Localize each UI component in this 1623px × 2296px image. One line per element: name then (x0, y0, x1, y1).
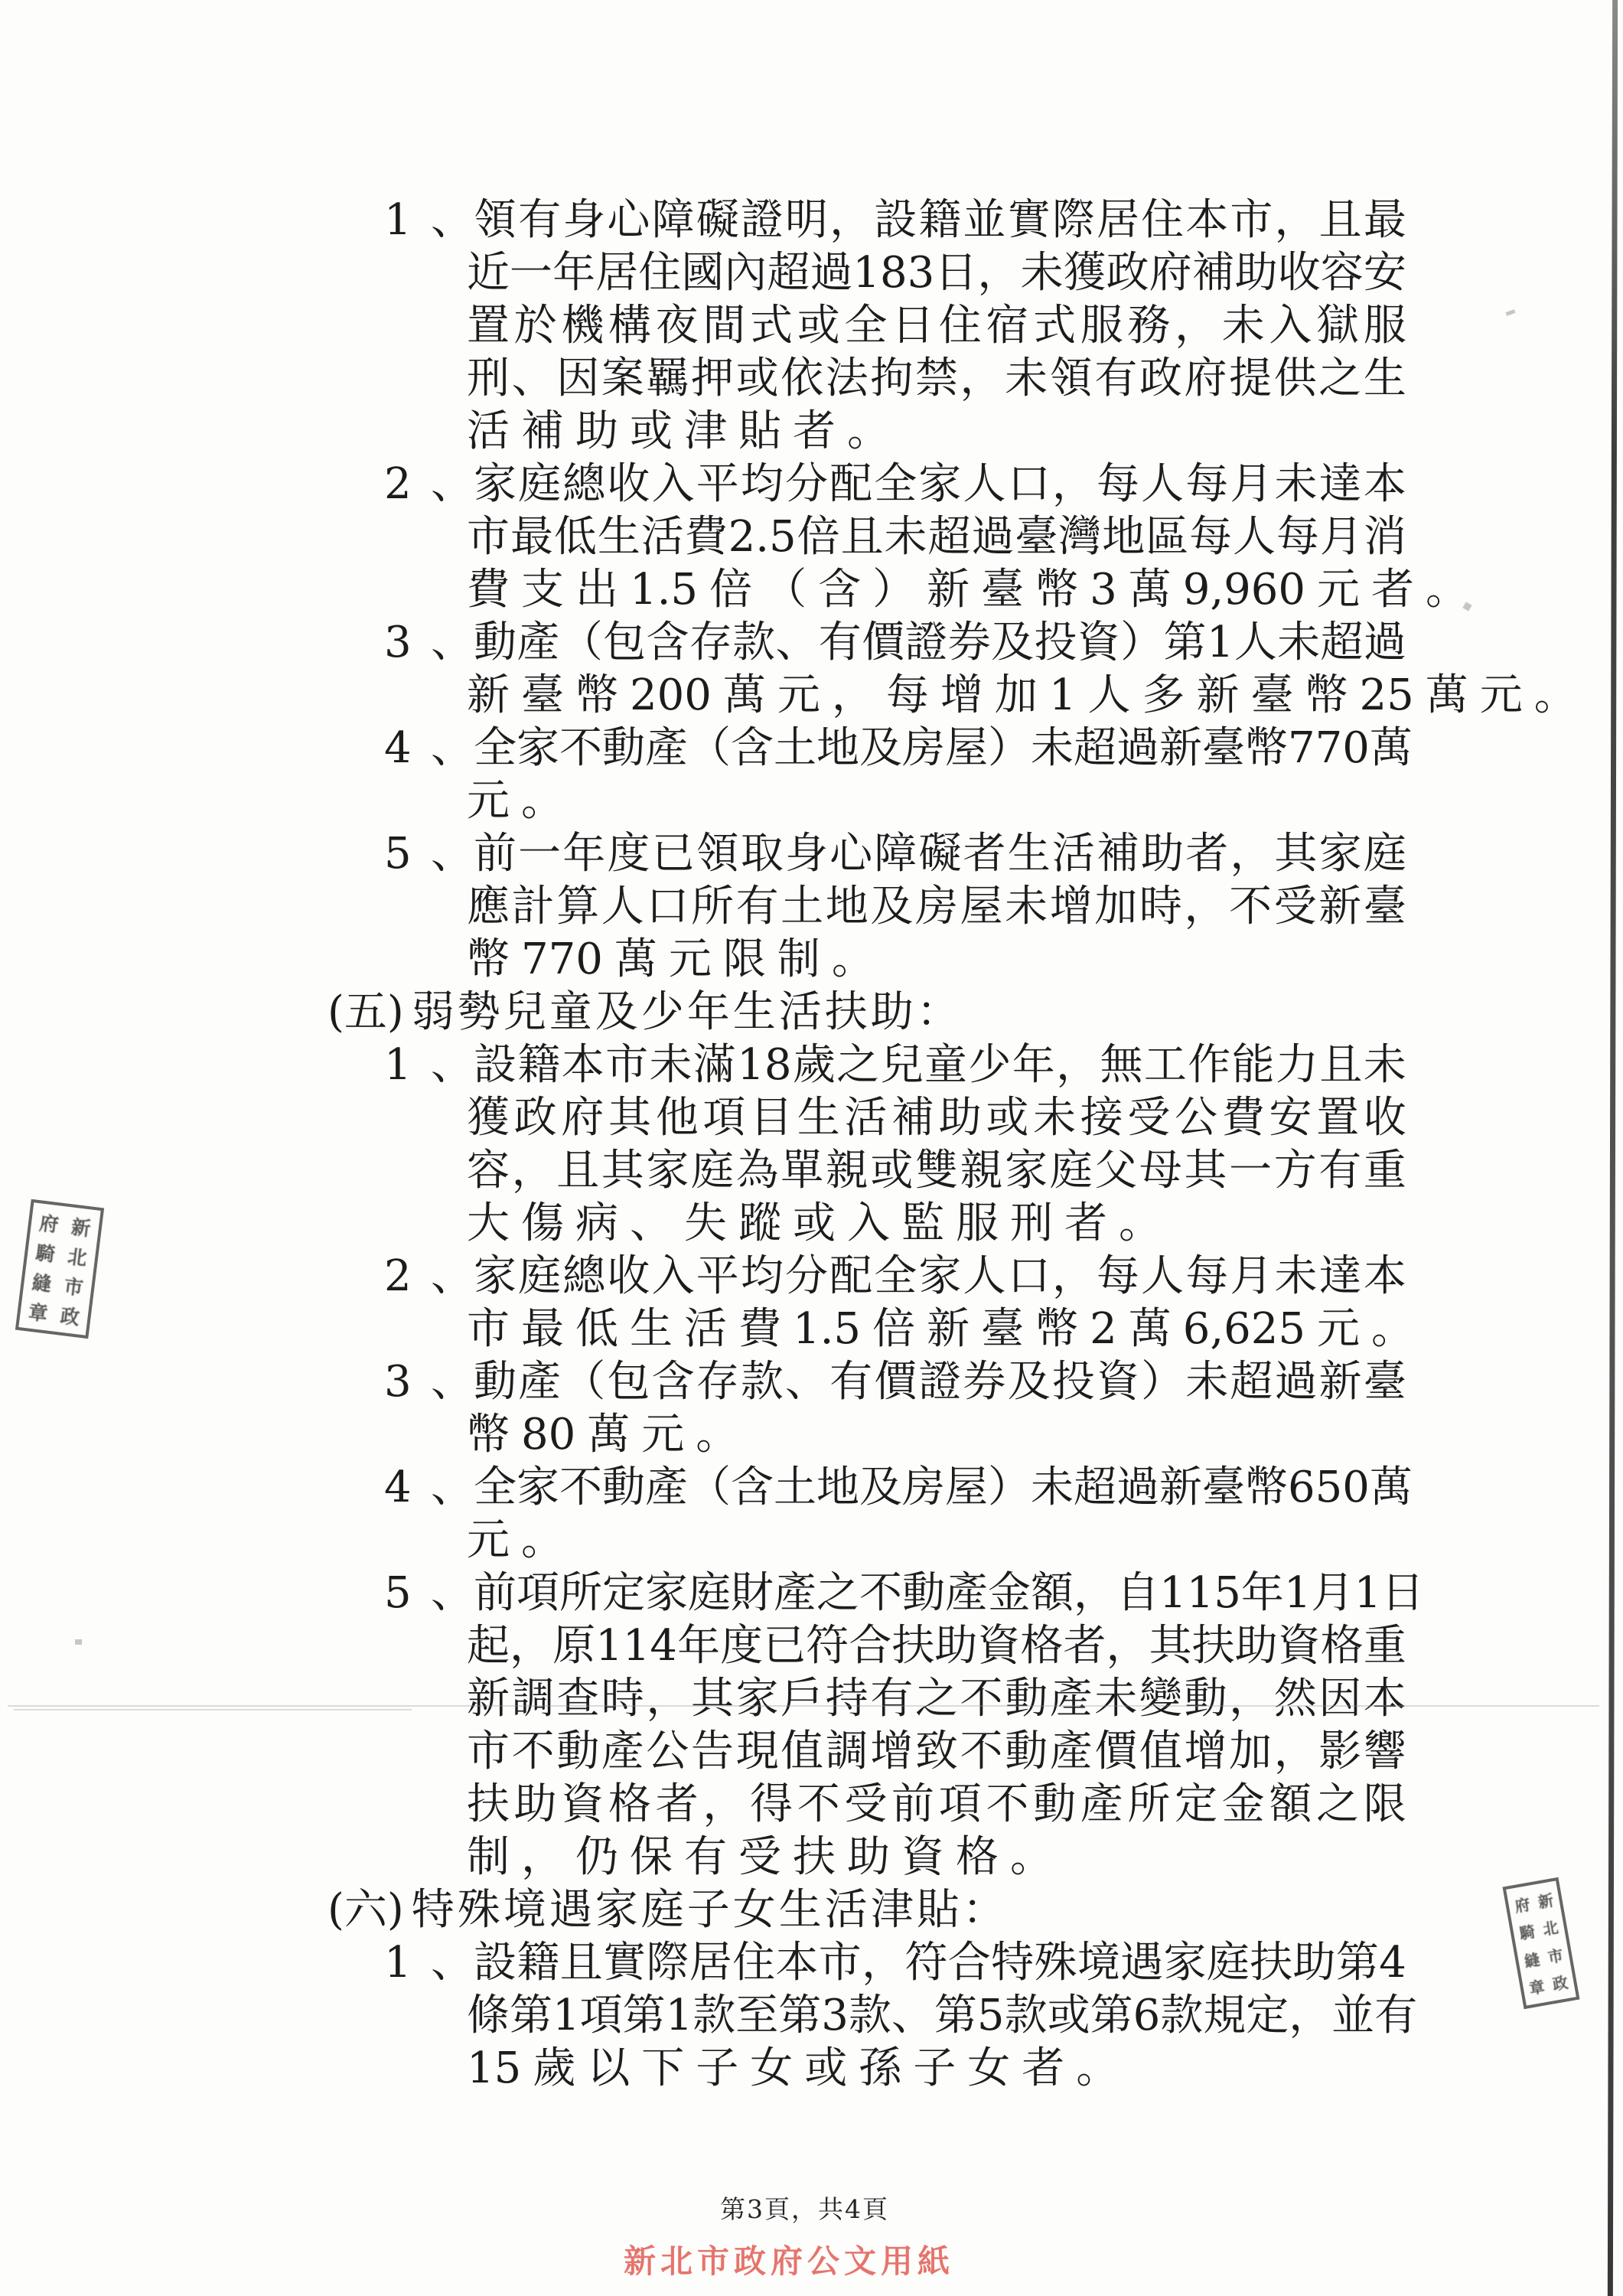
line-text: 幣770萬元限制。 (467, 935, 1406, 984)
text-line: 4、全家不動產（含土地及房屋）未超過新臺幣770萬 (0, 724, 1623, 777)
line-text: 設籍且實際居住本市，符合特殊境遇家庭扶助第4 (474, 1939, 1406, 1988)
text-line: 獲政府其他項目生活補助或未接受公費安置收 (0, 1094, 1623, 1146)
text-line: 元。 (0, 1516, 1623, 1569)
line-text: 全家不動產（含土地及房屋）未超過新臺幣650萬 (474, 1463, 1406, 1512)
list-item-number: 2、 (384, 460, 474, 509)
seal-character: 章 (1527, 1975, 1546, 1999)
line-text: 制，仍保有受扶助資格。 (467, 1833, 1406, 1882)
seal-character: 市 (1546, 1942, 1565, 1967)
line-text: 費支出1.5倍（含）新臺幣3萬9,960元者。 (467, 566, 1406, 615)
line-text: 元。 (467, 777, 1406, 826)
list-item-number: 5、 (384, 1569, 474, 1618)
text-line: (五)弱勢兒童及少年生活扶助： (0, 988, 1623, 1041)
text-line: 起，原114年度已符合扶助資格者，其扶助資格重 (0, 1622, 1623, 1675)
seal-character: 市 (63, 1271, 85, 1301)
text-line: 近一年居住國內超過183日，未獲政府補助收容安 (0, 249, 1623, 302)
text-line: 1、領有身心障礙證明，設籍並實際居住本市，且最 (0, 196, 1623, 249)
text-line: 費支出1.5倍（含）新臺幣3萬9,960元者。 (0, 566, 1623, 618)
line-text: 前項所定家庭財產之不動產金額，自115年1月1日 (474, 1569, 1406, 1618)
section-heading: (六)特殊境遇家庭子女生活津貼： (328, 1886, 1005, 1935)
text-line: 條第1項第1款至第3款、第5款或第6款規定，並有 (0, 1991, 1623, 2044)
seal-character: 新 (70, 1212, 92, 1241)
seal-character: 新 (1536, 1887, 1555, 1912)
line-text: 幣80萬元。 (467, 1411, 1406, 1459)
text-line: 2、家庭總收入平均分配全家人口，每人每月未達本 (0, 1252, 1623, 1305)
seal-character: 府 (38, 1208, 60, 1238)
text-line: 5、前一年度已領取身心障礙者生活補助者，其家庭 (0, 830, 1623, 882)
text-line: 制，仍保有受扶助資格。 (0, 1833, 1623, 1886)
list-item-number: 3、 (384, 618, 474, 667)
line-text: 前一年度已領取身心障礙者生活補助者，其家庭 (474, 830, 1406, 879)
line-text: 大傷病、失蹤或入監服刑者。 (467, 1199, 1406, 1248)
text-line: 新臺幣200萬元，每增加1人多新臺幣25萬元。 (0, 671, 1623, 724)
line-text: 設籍本市未滿18歲之兒童少年，無工作能力且未 (474, 1041, 1406, 1090)
list-item-number: 1、 (384, 1939, 474, 1988)
text-line: 活補助或津貼者。 (0, 407, 1623, 460)
list-item-number: 1、 (384, 196, 474, 245)
text-line: 應計算人口所有土地及房屋未增加時，不受新臺 (0, 882, 1623, 935)
document-page: 1、領有身心障礙證明，設籍並實際居住本市，且最近一年居住國內超過183日，未獲政… (0, 0, 1623, 2296)
text-line: 置於機構夜間式或全日住宿式服務，未入獄服 (0, 302, 1623, 354)
line-text: 新臺幣200萬元，每增加1人多新臺幣25萬元。 (467, 671, 1406, 720)
line-text: 動產（包含存款、有價證券及投資）第1人未超過 (474, 618, 1406, 667)
text-line: 15歲以下子女或孫子女者。 (0, 2044, 1623, 2097)
text-line: (六)特殊境遇家庭子女生活津貼： (0, 1886, 1623, 1939)
line-text: 置於機構夜間式或全日住宿式服務，未入獄服 (467, 302, 1406, 351)
text-line: 2、家庭總收入平均分配全家人口，每人每月未達本 (0, 460, 1623, 513)
text-line: 1、設籍且實際居住本市，符合特殊境遇家庭扶助第4 (0, 1939, 1623, 1991)
text-line: 市最低生活費1.5倍新臺幣2萬6,625元。 (0, 1305, 1623, 1358)
line-text: 全家不動產（含土地及房屋）未超過新臺幣770萬 (474, 724, 1406, 773)
section-heading: (五)弱勢兒童及少年生活扶助： (328, 988, 960, 1037)
list-item-number: 5、 (384, 830, 474, 879)
text-line: 元。 (0, 777, 1623, 830)
line-text: 容，且其家庭為單親或雙親家庭父母其一方有重 (467, 1146, 1406, 1195)
text-line: 5、前項所定家庭財產之不動產金額，自115年1月1日 (0, 1569, 1623, 1622)
text-line: 容，且其家庭為單親或雙親家庭父母其一方有重 (0, 1146, 1623, 1199)
text-line: 幣770萬元限制。 (0, 935, 1623, 988)
list-item-number: 4、 (384, 1463, 474, 1512)
text-line: 大傷病、失蹤或入監服刑者。 (0, 1199, 1623, 1252)
text-line: 扶助資格者，得不受前項不動產所定金額之限 (0, 1780, 1623, 1833)
line-text: 市不動產公告現值調增致不動產價值增加，影響 (467, 1727, 1406, 1776)
list-item-number: 2、 (384, 1252, 474, 1301)
line-text: 動產（包含存款、有價證券及投資）未超過新臺 (474, 1358, 1406, 1407)
line-text: 市最低生活費2.5倍且未超過臺灣地區每人每月消 (467, 513, 1406, 562)
line-text: 領有身心障礙證明，設籍並實際居住本市，且最 (474, 196, 1406, 245)
seal-character: 政 (1550, 1970, 1569, 1994)
list-item-number: 1、 (384, 1041, 474, 1090)
line-text: 近一年居住國內超過183日，未獲政府補助收容安 (467, 249, 1406, 298)
seal-character: 北 (1541, 1915, 1560, 1939)
section-marker: (六) (328, 1886, 404, 1935)
line-text: 家庭總收入平均分配全家人口，每人每月未達本 (474, 1252, 1406, 1301)
line-text: 活補助或津貼者。 (467, 407, 1406, 456)
list-item-number: 4、 (384, 724, 474, 773)
seal-character: 府 (1513, 1892, 1532, 1916)
seal-character: 章 (27, 1296, 49, 1326)
line-text: 元。 (467, 1516, 1406, 1565)
line-text: 起，原114年度已符合扶助資格者，其扶助資格重 (467, 1622, 1406, 1671)
line-text: 新調查時，其家戶持有之不動產未變動，然因本 (467, 1675, 1406, 1724)
page-number-indicator: 第3頁，共4頁 (720, 2190, 889, 2226)
text-line: 刑、因案羈押或依法拘禁，未領有政府提供之生 (0, 354, 1623, 407)
scan-streak (14, 1709, 412, 1711)
seal-character: 北 (67, 1241, 89, 1271)
official-paper-label: 新北市政府公文用紙 (624, 2236, 954, 2282)
text-line: 4、全家不動產（含土地及房屋）未超過新臺幣650萬 (0, 1463, 1623, 1516)
text-line: 市不動產公告現值調增致不動產價值增加，影響 (0, 1727, 1623, 1780)
line-text: 15歲以下子女或孫子女者。 (467, 2044, 1406, 2093)
seal-character: 縫 (31, 1267, 53, 1296)
text-line: 市最低生活費2.5倍且未超過臺灣地區每人每月消 (0, 513, 1623, 566)
text-line: 1、設籍本市未滿18歲之兒童少年，無工作能力且未 (0, 1041, 1623, 1094)
scan-speck (75, 1639, 82, 1645)
seal-character: 騎 (34, 1238, 57, 1267)
list-item-number: 3、 (384, 1358, 474, 1407)
text-line: 幣80萬元。 (0, 1411, 1623, 1463)
line-text: 扶助資格者，得不受前項不動產所定金額之限 (467, 1780, 1406, 1829)
section-marker: (五) (328, 988, 404, 1037)
line-text: 市最低生活費1.5倍新臺幣2萬6,625元。 (467, 1305, 1406, 1354)
seal-character: 騎 (1517, 1919, 1537, 1944)
line-text: 刑、因案羈押或依法拘禁，未領有政府提供之生 (467, 354, 1406, 403)
text-line: 新調查時，其家戶持有之不動產未變動，然因本 (0, 1675, 1623, 1727)
line-text: 家庭總收入平均分配全家人口，每人每月未達本 (474, 460, 1406, 509)
text-line: 3、動產（包含存款、有價證券及投資）第1人未超過 (0, 618, 1623, 671)
seal-character: 縫 (1523, 1947, 1542, 1971)
line-text: 條第1項第1款至第3款、第5款或第6款規定，並有 (467, 1991, 1406, 2040)
scan-streak (8, 1705, 1599, 1707)
seal-character: 政 (59, 1300, 81, 1330)
line-text: 獲政府其他項目生活補助或未接受公費安置收 (467, 1094, 1406, 1143)
text-line: 3、動產（包含存款、有價證券及投資）未超過新臺 (0, 1358, 1623, 1411)
line-text: 應計算人口所有土地及房屋未增加時，不受新臺 (467, 882, 1406, 931)
